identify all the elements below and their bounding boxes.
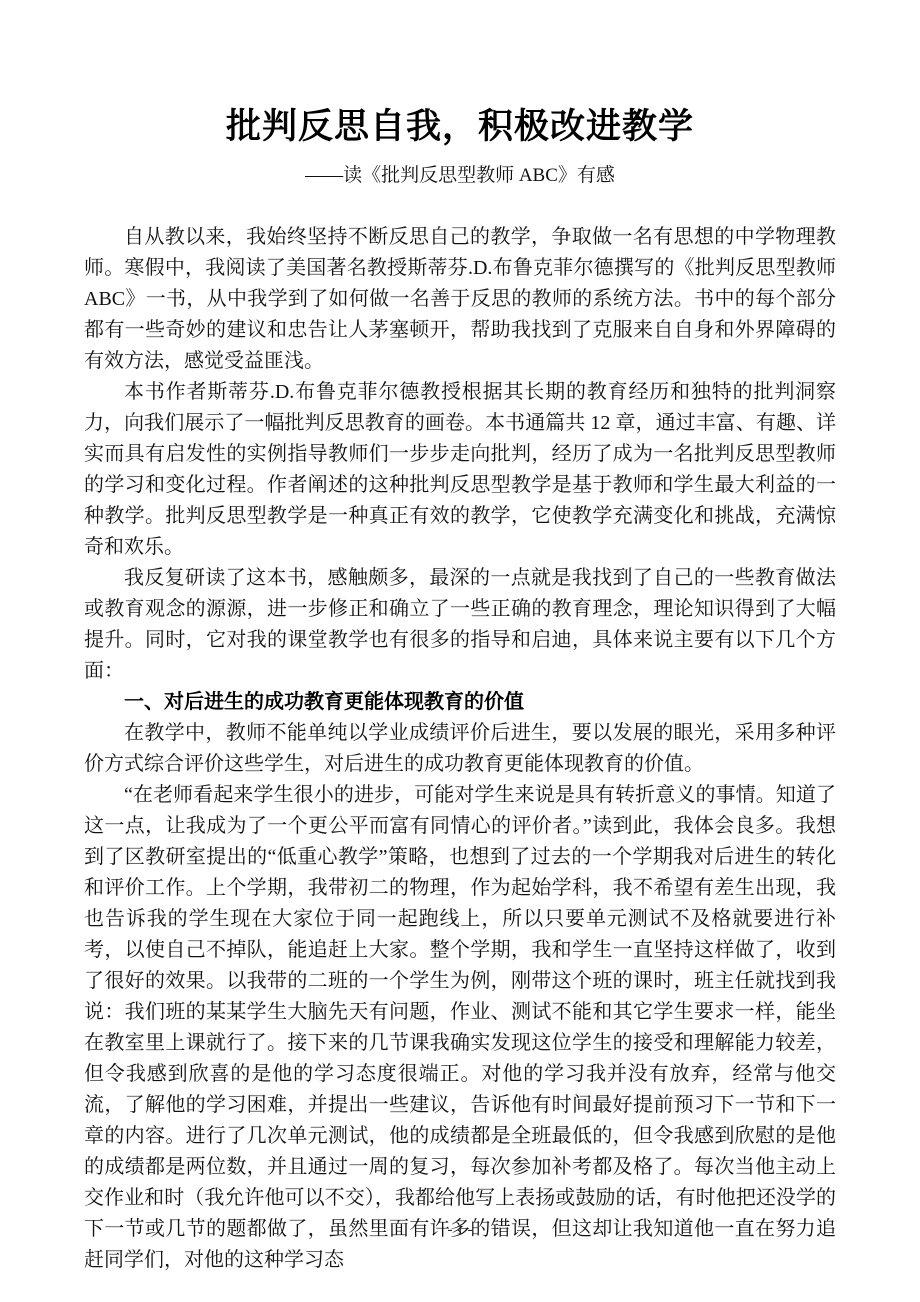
paragraph-book-overview: 本书作者斯蒂芬.D.布鲁克菲尔德教授根据其长期的教育经历和独特的批判洞察力，向我… bbox=[84, 377, 836, 563]
paragraph-evaluation: 在教学中，教师不能单纯以学业成绩评价后进生，要以发展的眼光，采用多种评价方式综合… bbox=[84, 718, 836, 780]
paragraph-student-story: “在老师看起来学生很小的进步，可能对学生来说是具有转折意义的事情。知道了这一点，… bbox=[84, 780, 836, 1276]
document-title: 批判反思自我，积极改进教学 bbox=[84, 103, 836, 151]
document-page: 批判反思自我，积极改进教学 ——读《批判反思型教师 ABC》有感 自从教以来，我… bbox=[0, 0, 920, 1302]
document-subtitle: ——读《批判反思型教师 ABC》有感 bbox=[84, 161, 836, 190]
page-number: - 1 - bbox=[0, 1220, 920, 1240]
paragraph-reflection: 我反复研读了这本书，感触颇多，最深的一点就是我找到了自己的一些教育做法或教育观念… bbox=[84, 563, 836, 687]
document-body: 自从教以来，我始终坚持不断反思自己的教学，争取做一名有思想的中学物理教师。寒假中… bbox=[84, 222, 836, 1276]
section-heading-1: 一、对后进生的成功教育更能体现教育的价值 bbox=[84, 687, 836, 718]
paragraph-intro: 自从教以来，我始终坚持不断反思自己的教学，争取做一名有思想的中学物理教师。寒假中… bbox=[84, 222, 836, 377]
